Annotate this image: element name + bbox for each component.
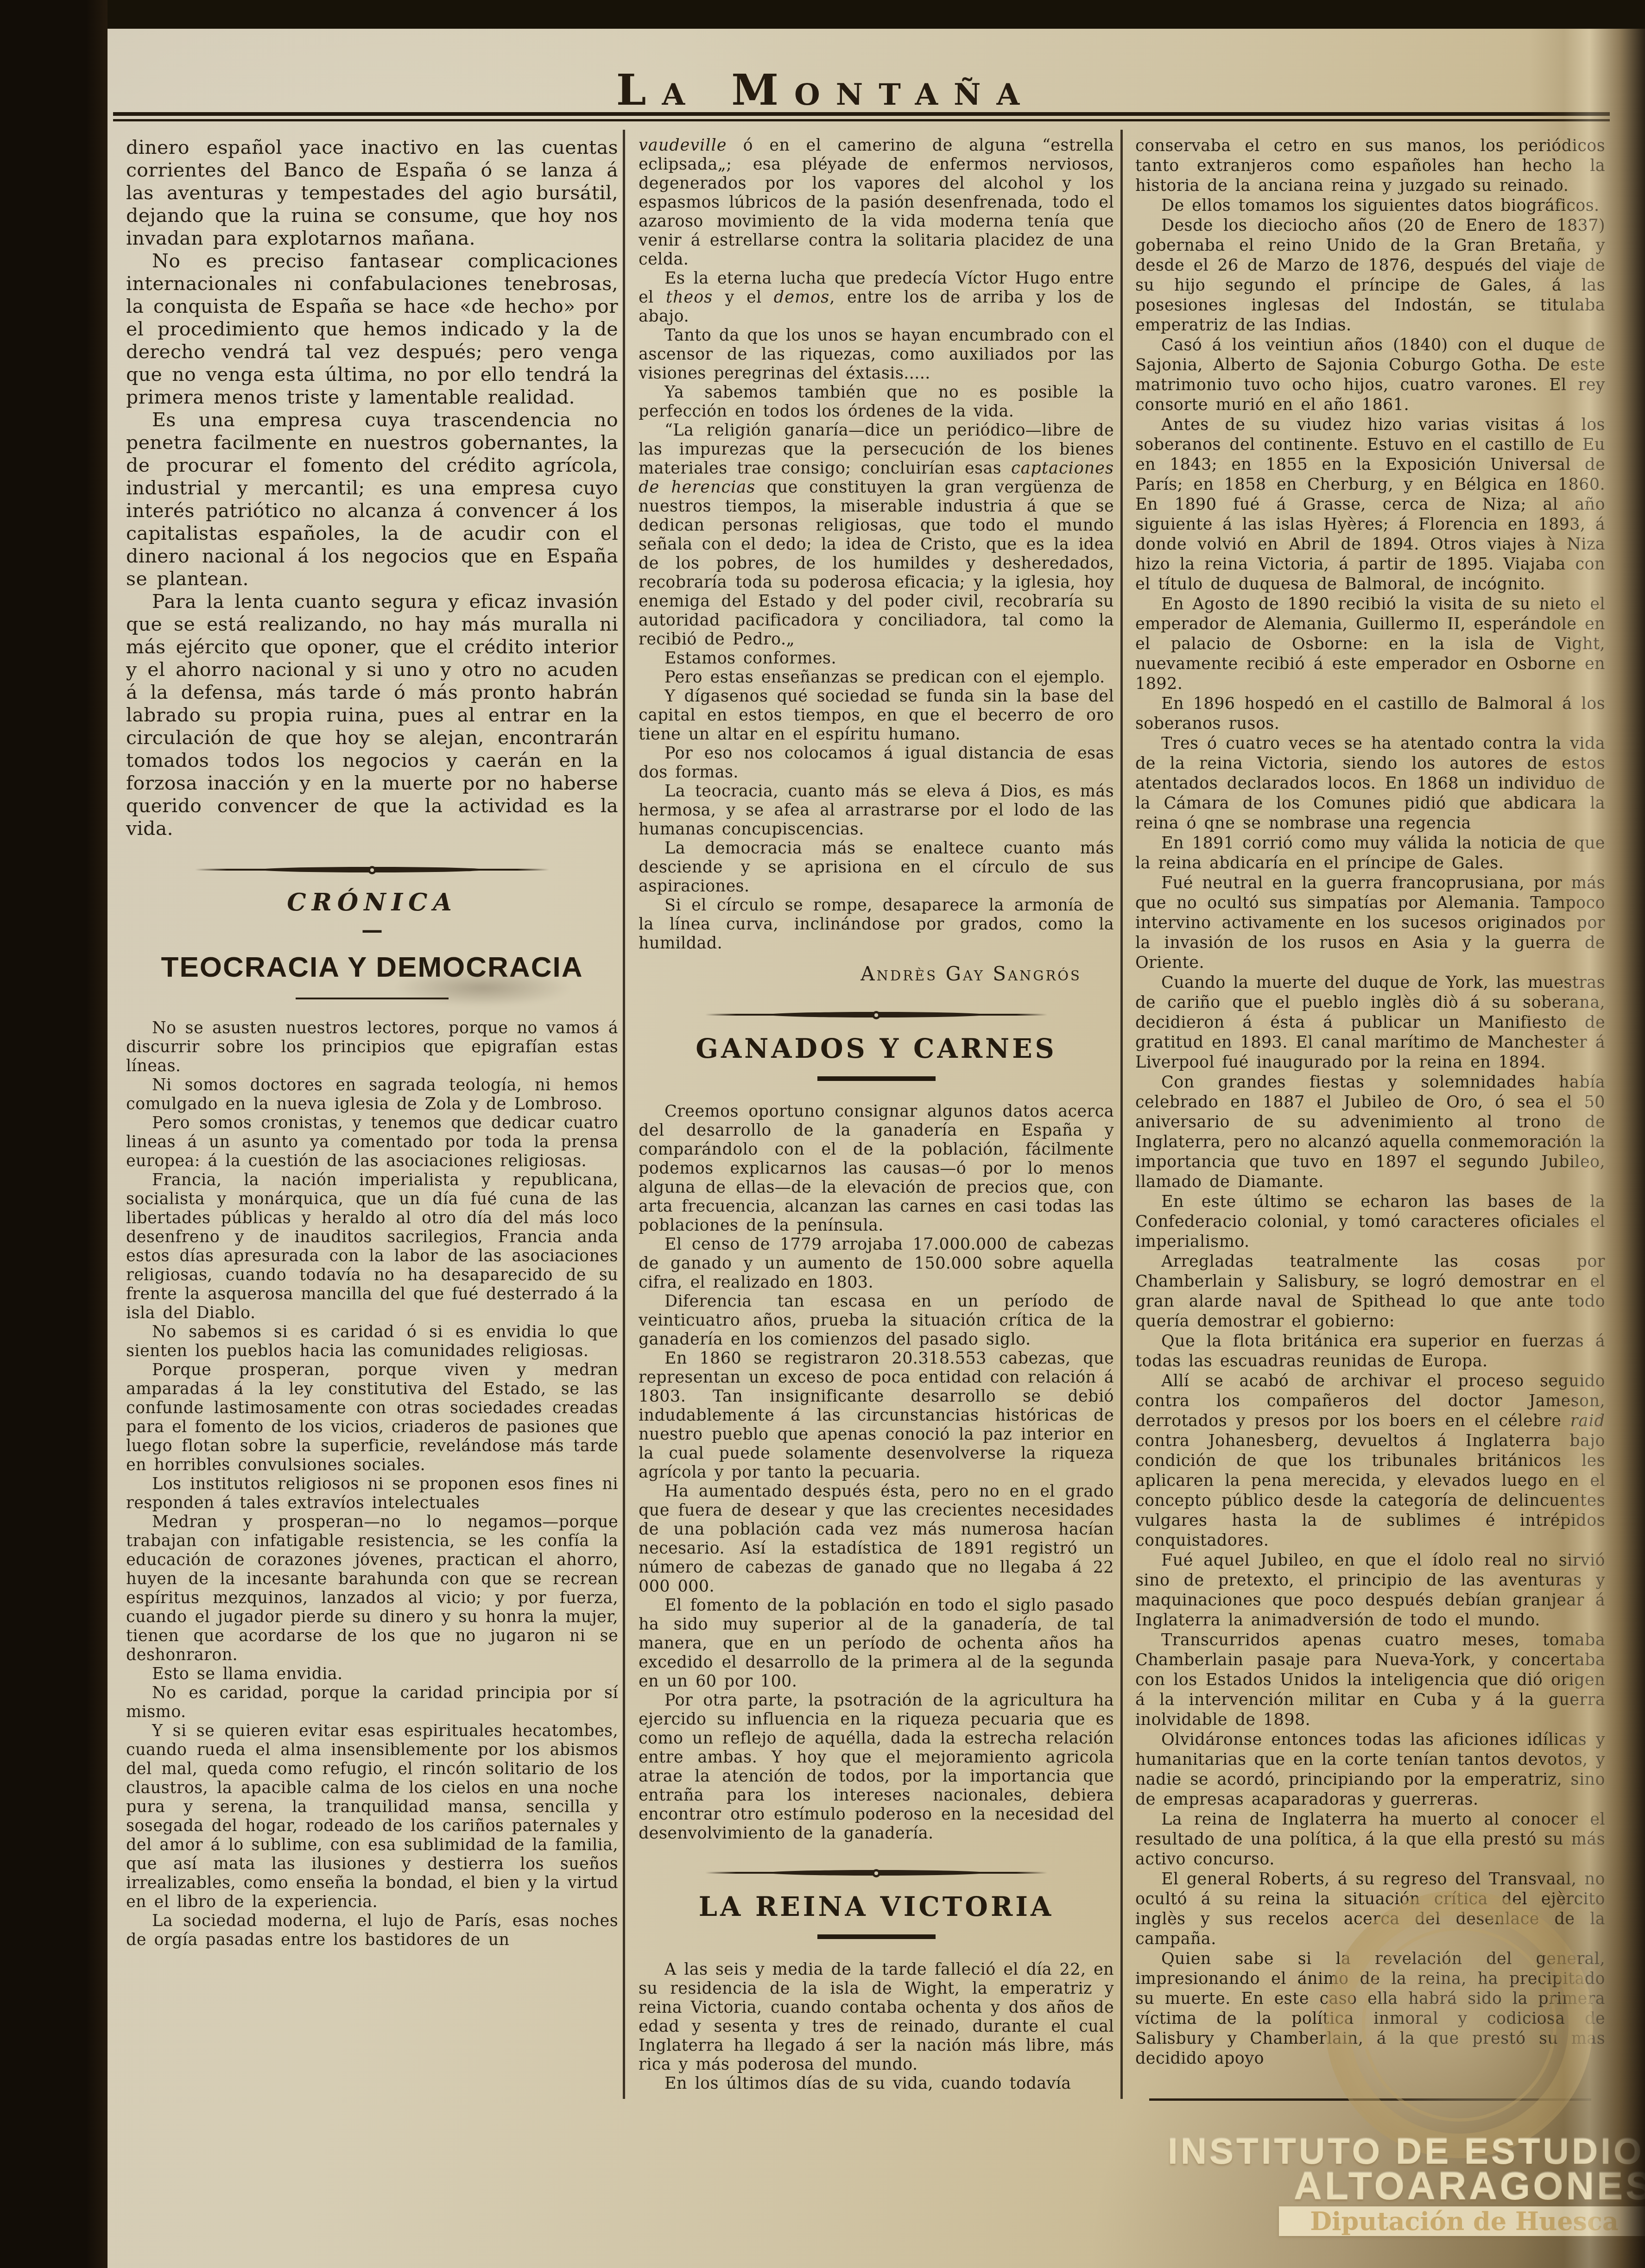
article-paragraph: Antes de su viudez hizo varias visitas á… — [1135, 415, 1605, 594]
article-paragraph: Para la lenta cuanto segura y eficaz inv… — [126, 590, 618, 840]
heading-rule — [817, 1934, 936, 1939]
article-paragraph: En 1896 hospedó en el castillo de Balmor… — [1135, 694, 1605, 734]
article-paragraph: Cuando la muerte del duque de York, las … — [1135, 973, 1605, 1073]
masthead: La Montaña — [108, 65, 1544, 115]
divider-dot — [872, 1869, 880, 1877]
article-paragraph: Que la flota británica era superior en f… — [1135, 1332, 1605, 1371]
section-title: LA REINA VICTORIA — [639, 1891, 1114, 1922]
article-paragraph: En 1860 se registraron 20.318.553 cabeza… — [639, 1349, 1114, 1482]
article-paragraph: Ni somos doctores en sagrada teología, n… — [126, 1076, 618, 1114]
article-paragraph: Allí se acabó de archivar el proceso seg… — [1135, 1371, 1605, 1551]
article-paragraph: “La religión ganaría—dice un periódico—l… — [639, 421, 1114, 649]
article-paragraph: Transcurridos apenas cuatro meses, tomab… — [1135, 1630, 1605, 1730]
article-paragraph: En los últimos días de su vida, cuando t… — [639, 2074, 1114, 2093]
masthead-rule — [113, 112, 1610, 121]
author-signature: Andrès Gay Sangrós — [639, 962, 1114, 985]
archive-seal-inner-ring — [1362, 1927, 1556, 2122]
column-separator-rule-2 — [1120, 130, 1123, 2099]
watermark-institute-line2: ALTOARAGONESES — [1294, 2164, 1645, 2209]
column-3: conservaba el cetro en sus manos, los pe… — [1135, 136, 1605, 2101]
column-separator-rule-1 — [623, 130, 625, 2099]
archive-seal-watermark — [1325, 1890, 1593, 2158]
article-paragraph: Con grandes fiestas y solemnidades había… — [1135, 1073, 1605, 1192]
article-paragraph: En 1891 corrió como muy válida la notici… — [1135, 834, 1605, 873]
article-paragraph: Por eso nos colocamos á igual distancia … — [639, 744, 1114, 782]
newspaper-title: La Montaña — [108, 65, 1544, 115]
article-paragraph: Es una empresa cuya trascendencia no pen… — [126, 409, 618, 590]
divider-dot — [368, 866, 376, 874]
ink-smudge — [395, 969, 571, 1006]
article-paragraph: Estamos conformes. — [639, 649, 1114, 668]
article-paragraph: No sabemos si es caridad ó si es envidia… — [126, 1323, 618, 1361]
cronica-section-heading: CRÓNICA — [126, 888, 618, 916]
article-paragraph: Por otra parte, la psotración de la agri… — [639, 1691, 1114, 1843]
article-paragraph: Arregladas teatralmente las cosas por Ch… — [1135, 1252, 1605, 1332]
article-paragraph: Creemos oportuno consignar algunos datos… — [639, 1102, 1114, 1235]
article-paragraph: Los institutos religiosos ni se proponen… — [126, 1475, 618, 1513]
article-paragraph: Tres ó cuatro veces se ha atentado contr… — [1135, 734, 1605, 834]
article-paragraph: Desde los dieciocho años (20 de Enero de… — [1135, 216, 1605, 335]
article-paragraph: Fué aquel Jubileo, en que el ídolo real … — [1135, 1551, 1605, 1630]
article-paragraph: Tanto da que los unos se hayan encumbrad… — [639, 326, 1114, 383]
article-paragraph: Ha aumentado después ésta, pero no en el… — [639, 1482, 1114, 1596]
article-paragraph: Esto se llama envidia. — [126, 1665, 618, 1684]
article-paragraph: Si el círculo se rompe, desaparece la ar… — [639, 896, 1114, 953]
article-paragraph: No es preciso fantasear complicaciones i… — [126, 250, 618, 409]
column-2: vaudeville ó en el camerino de alguna “e… — [639, 136, 1114, 2093]
article-paragraph: La democracia más se enaltece cuanto más… — [639, 839, 1114, 896]
article-paragraph: La teocracia, cuanto más se eleva á Dios… — [639, 782, 1114, 839]
article-paragraph: A las seis y media de la tarde falleció … — [639, 1960, 1114, 2074]
dash-separator: — — [126, 917, 618, 942]
article-paragraph: dinero español yace inactivo en las cuen… — [126, 136, 618, 250]
section-heading-block: GANADOS Y CARNES — [639, 1033, 1114, 1081]
article-paragraph: Fué neutral en la guerra francoprusiana,… — [1135, 873, 1605, 973]
column-1: dinero español yace inactivo en las cuen… — [126, 136, 618, 1950]
article-paragraph: Y si se quieren evitar esas espirituales… — [126, 1722, 618, 1912]
article-paragraph: La reina de Inglaterra ha muerto al cono… — [1135, 1810, 1605, 1870]
article-paragraph: Francia, la nación imperialista y republ… — [126, 1171, 618, 1323]
article-paragraph: De ellos tomamos los siguientes datos bi… — [1135, 196, 1605, 216]
article-paragraph: conservaba el cetro en sus manos, los pe… — [1135, 136, 1605, 196]
article-paragraph: vaudeville ó en el camerino de alguna “e… — [639, 136, 1114, 269]
article-paragraph: Pero estas enseñanzas se predican con el… — [639, 668, 1114, 687]
scan-border-top — [0, 0, 1645, 29]
section-heading-block: LA REINA VICTORIA — [639, 1891, 1114, 1939]
ornamental-divider — [705, 1868, 1048, 1877]
article-paragraph: Olvidáronse entonces todas las aficiones… — [1135, 1730, 1605, 1810]
divider-dot — [872, 1011, 880, 1019]
article-paragraph: No se asusten nuestros lectores, porque … — [126, 1019, 618, 1076]
article-paragraph: Pero somos cronistas, y tenemos que dedi… — [126, 1114, 618, 1171]
article-paragraph: Es la eterna lucha que predecía Víctor H… — [639, 269, 1114, 326]
article-paragraph: En este último se echaron las bases de l… — [1135, 1192, 1605, 1252]
article-paragraph: El censo de 1779 arrojaba 17.000.000 de … — [639, 1235, 1114, 1292]
watermark-banner: Diputación de Huesca — [1279, 2206, 1645, 2236]
scan-border-left — [0, 0, 108, 2268]
article-paragraph: Porque prosperan, porque viven y medran … — [126, 1361, 618, 1475]
article-paragraph: Medran y prosperan—no lo negamos—porque … — [126, 1513, 618, 1665]
ornamental-divider — [705, 1010, 1048, 1019]
newspaper-page: La Montaña dinero español yace inactivo … — [108, 29, 1645, 2268]
article-paragraph: Y dígasenos qué sociedad se funda sin la… — [639, 687, 1114, 744]
heading-rule — [817, 1076, 936, 1081]
article-paragraph: En Agosto de 1890 recibió la visita de s… — [1135, 594, 1605, 694]
article-paragraph: La sociedad moderna, el lujo de París, e… — [126, 1912, 618, 1950]
section-title: GANADOS Y CARNES — [639, 1033, 1114, 1064]
article-paragraph: Casó á los veintiun años (1840) con el d… — [1135, 335, 1605, 415]
article-paragraph: No es caridad, porque la caridad princip… — [126, 1684, 618, 1722]
article-paragraph: Ya sabemos también que no es posible la … — [639, 383, 1114, 421]
article-paragraph: El fomento de la población en todo el si… — [639, 1596, 1114, 1691]
ornamental-divider — [195, 865, 550, 874]
article-paragraph: Diferencia tan escasa en un período de v… — [639, 1292, 1114, 1349]
